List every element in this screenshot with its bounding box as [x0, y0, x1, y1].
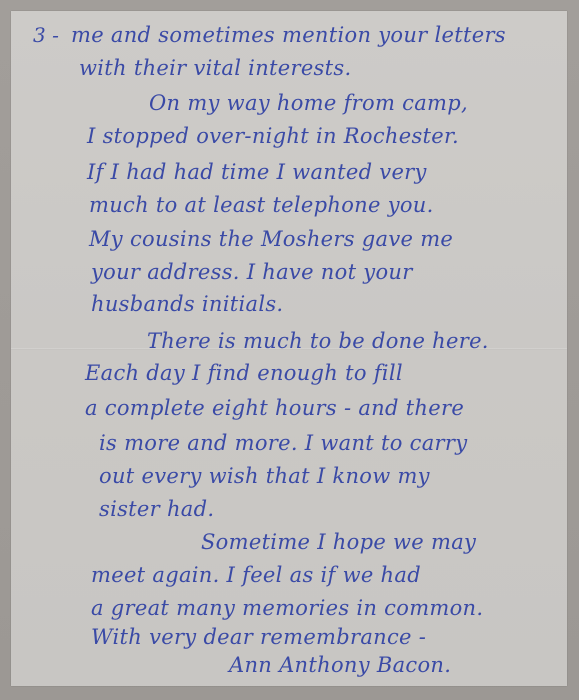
letter-line-17: meet again. I feel as if we had: [91, 563, 421, 587]
letter-page: 3 - me and sometimes mention your letter…: [11, 11, 567, 686]
letter-line-7: My cousins the Moshers gave me: [89, 227, 453, 251]
letter-line-8: your address. I have not your: [91, 260, 413, 284]
letter-line-16: Sometime I hope we may: [201, 530, 476, 554]
letter-line-3: On my way home from camp,: [149, 91, 468, 115]
letter-line-15: sister had.: [99, 497, 214, 521]
letter-line-13: is more and more. I want to carry: [99, 431, 467, 455]
letter-signature: Ann Anthony Bacon.: [229, 653, 451, 677]
letter-line-9: husbands initials.: [91, 292, 283, 316]
letter-line-12: a complete eight hours - and there: [85, 396, 464, 420]
letter-closing: With very dear remembrance -: [91, 625, 426, 649]
letter-line-4: I stopped over-night in Rochester.: [87, 124, 459, 148]
letter-line-10: There is much to be done here.: [147, 329, 489, 353]
letter-line-6: much to at least telephone you.: [89, 193, 434, 217]
letter-line-14: out every wish that I know my: [99, 464, 430, 488]
page-number: 3 -: [33, 23, 59, 47]
letter-line-11: Each day I find enough to fill: [85, 361, 403, 385]
letter-line-1: me and sometimes mention your letters: [71, 23, 506, 47]
letter-line-2: with their vital interests.: [79, 56, 351, 80]
letter-line-5: If I had had time I wanted very: [87, 160, 427, 184]
letter-line-18: a great many memories in common.: [91, 596, 483, 620]
